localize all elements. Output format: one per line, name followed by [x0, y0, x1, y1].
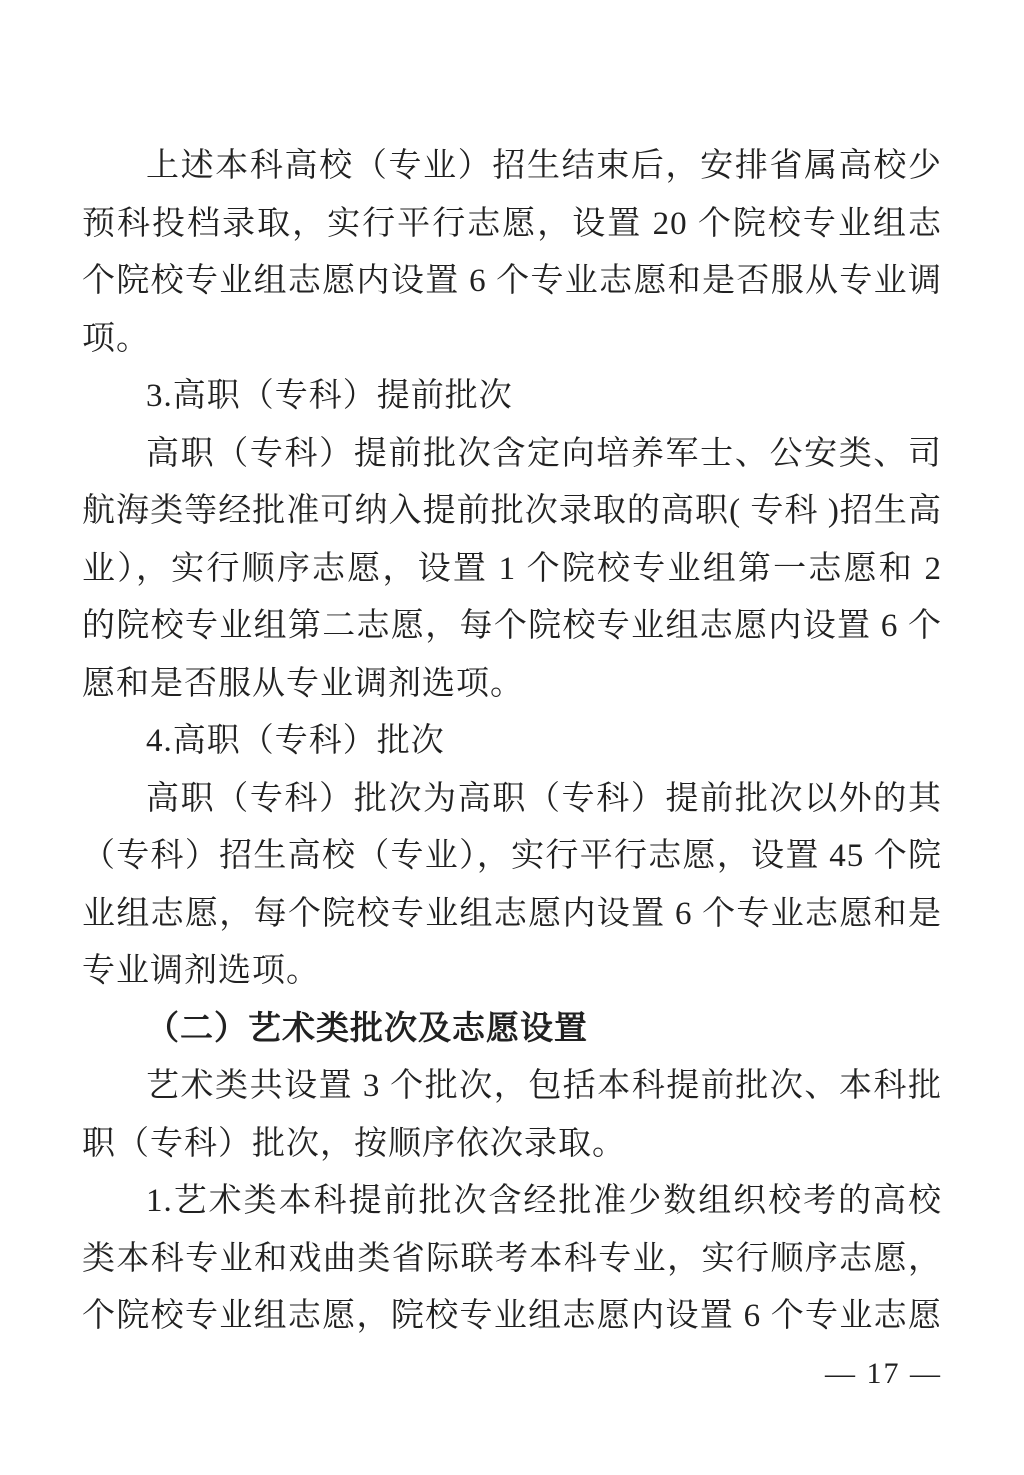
- body-text-line: 的院校专业组第二志愿，每个院校专业组志愿内设置 6 个专业志: [82, 598, 942, 656]
- body-text-line: （专科）招生高校（专业），实行平行志愿，设置 45 个院校专: [82, 828, 942, 886]
- subsection-heading-4: 4.高职（专科）批次: [82, 713, 942, 771]
- body-text-line: 职（专科）批次，按顺序依次录取。: [82, 1116, 942, 1174]
- body-text-line: 艺术类共设置 3 个批次，包括本科提前批次、本科批次和高: [82, 1058, 942, 1116]
- body-text-line: 上述本科高校（专业）招生结束后，安排省属高校少数民族: [82, 138, 942, 196]
- body-text-line: 1.艺术类本科提前批次含经批准少数组织校考的高校艺术: [82, 1173, 942, 1231]
- body-text-line: 业），实行顺序志愿，设置 1 个院校专业组第一志愿和 2 个平行: [82, 541, 942, 599]
- body-text-line: 个院校专业组志愿内设置 6 个专业志愿和是否服从专业调剂选: [82, 253, 942, 311]
- subsection-heading-3: 3.高职（专科）提前批次: [82, 368, 942, 426]
- body-text-line: 个院校专业组志愿，院校专业组志愿内设置 6 个专业志愿和是否: [82, 1288, 942, 1346]
- section-heading-art: （二）艺术类批次及志愿设置: [82, 1001, 942, 1059]
- body-text-line: 业组志愿，每个院校专业组志愿内设置 6 个专业志愿和是否服从: [82, 886, 942, 944]
- body-text-line: 项。: [82, 311, 942, 369]
- body-text-line: 航海类等经批准可纳入提前批次录取的高职( 专科 )招生高校( 专: [82, 483, 942, 541]
- body-text-line: 高职（专科）提前批次含定向培养军士、公安类、司法类、: [82, 426, 942, 484]
- scanned-document-page: 上述本科高校（专业）招生结束后，安排省属高校少数民族 预科投档录取，实行平行志愿…: [0, 0, 1024, 1475]
- page-number: — 17 —: [82, 1356, 942, 1392]
- body-text-line: 预科投档录取，实行平行志愿，设置 20 个院校专业组志愿，每: [82, 196, 942, 254]
- document-text-column: 上述本科高校（专业）招生结束后，安排省属高校少数民族 预科投档录取，实行平行志愿…: [82, 138, 942, 1346]
- body-text-line: 愿和是否服从专业调剂选项。: [82, 656, 942, 714]
- body-text-line: 高职（专科）批次为高职（专科）提前批次以外的其他高职: [82, 771, 942, 829]
- body-text-line: 类本科专业和戏曲类省际联考本科专业，实行顺序志愿，设置 1: [82, 1231, 942, 1289]
- body-text-line: 专业调剂选项。: [82, 943, 942, 1001]
